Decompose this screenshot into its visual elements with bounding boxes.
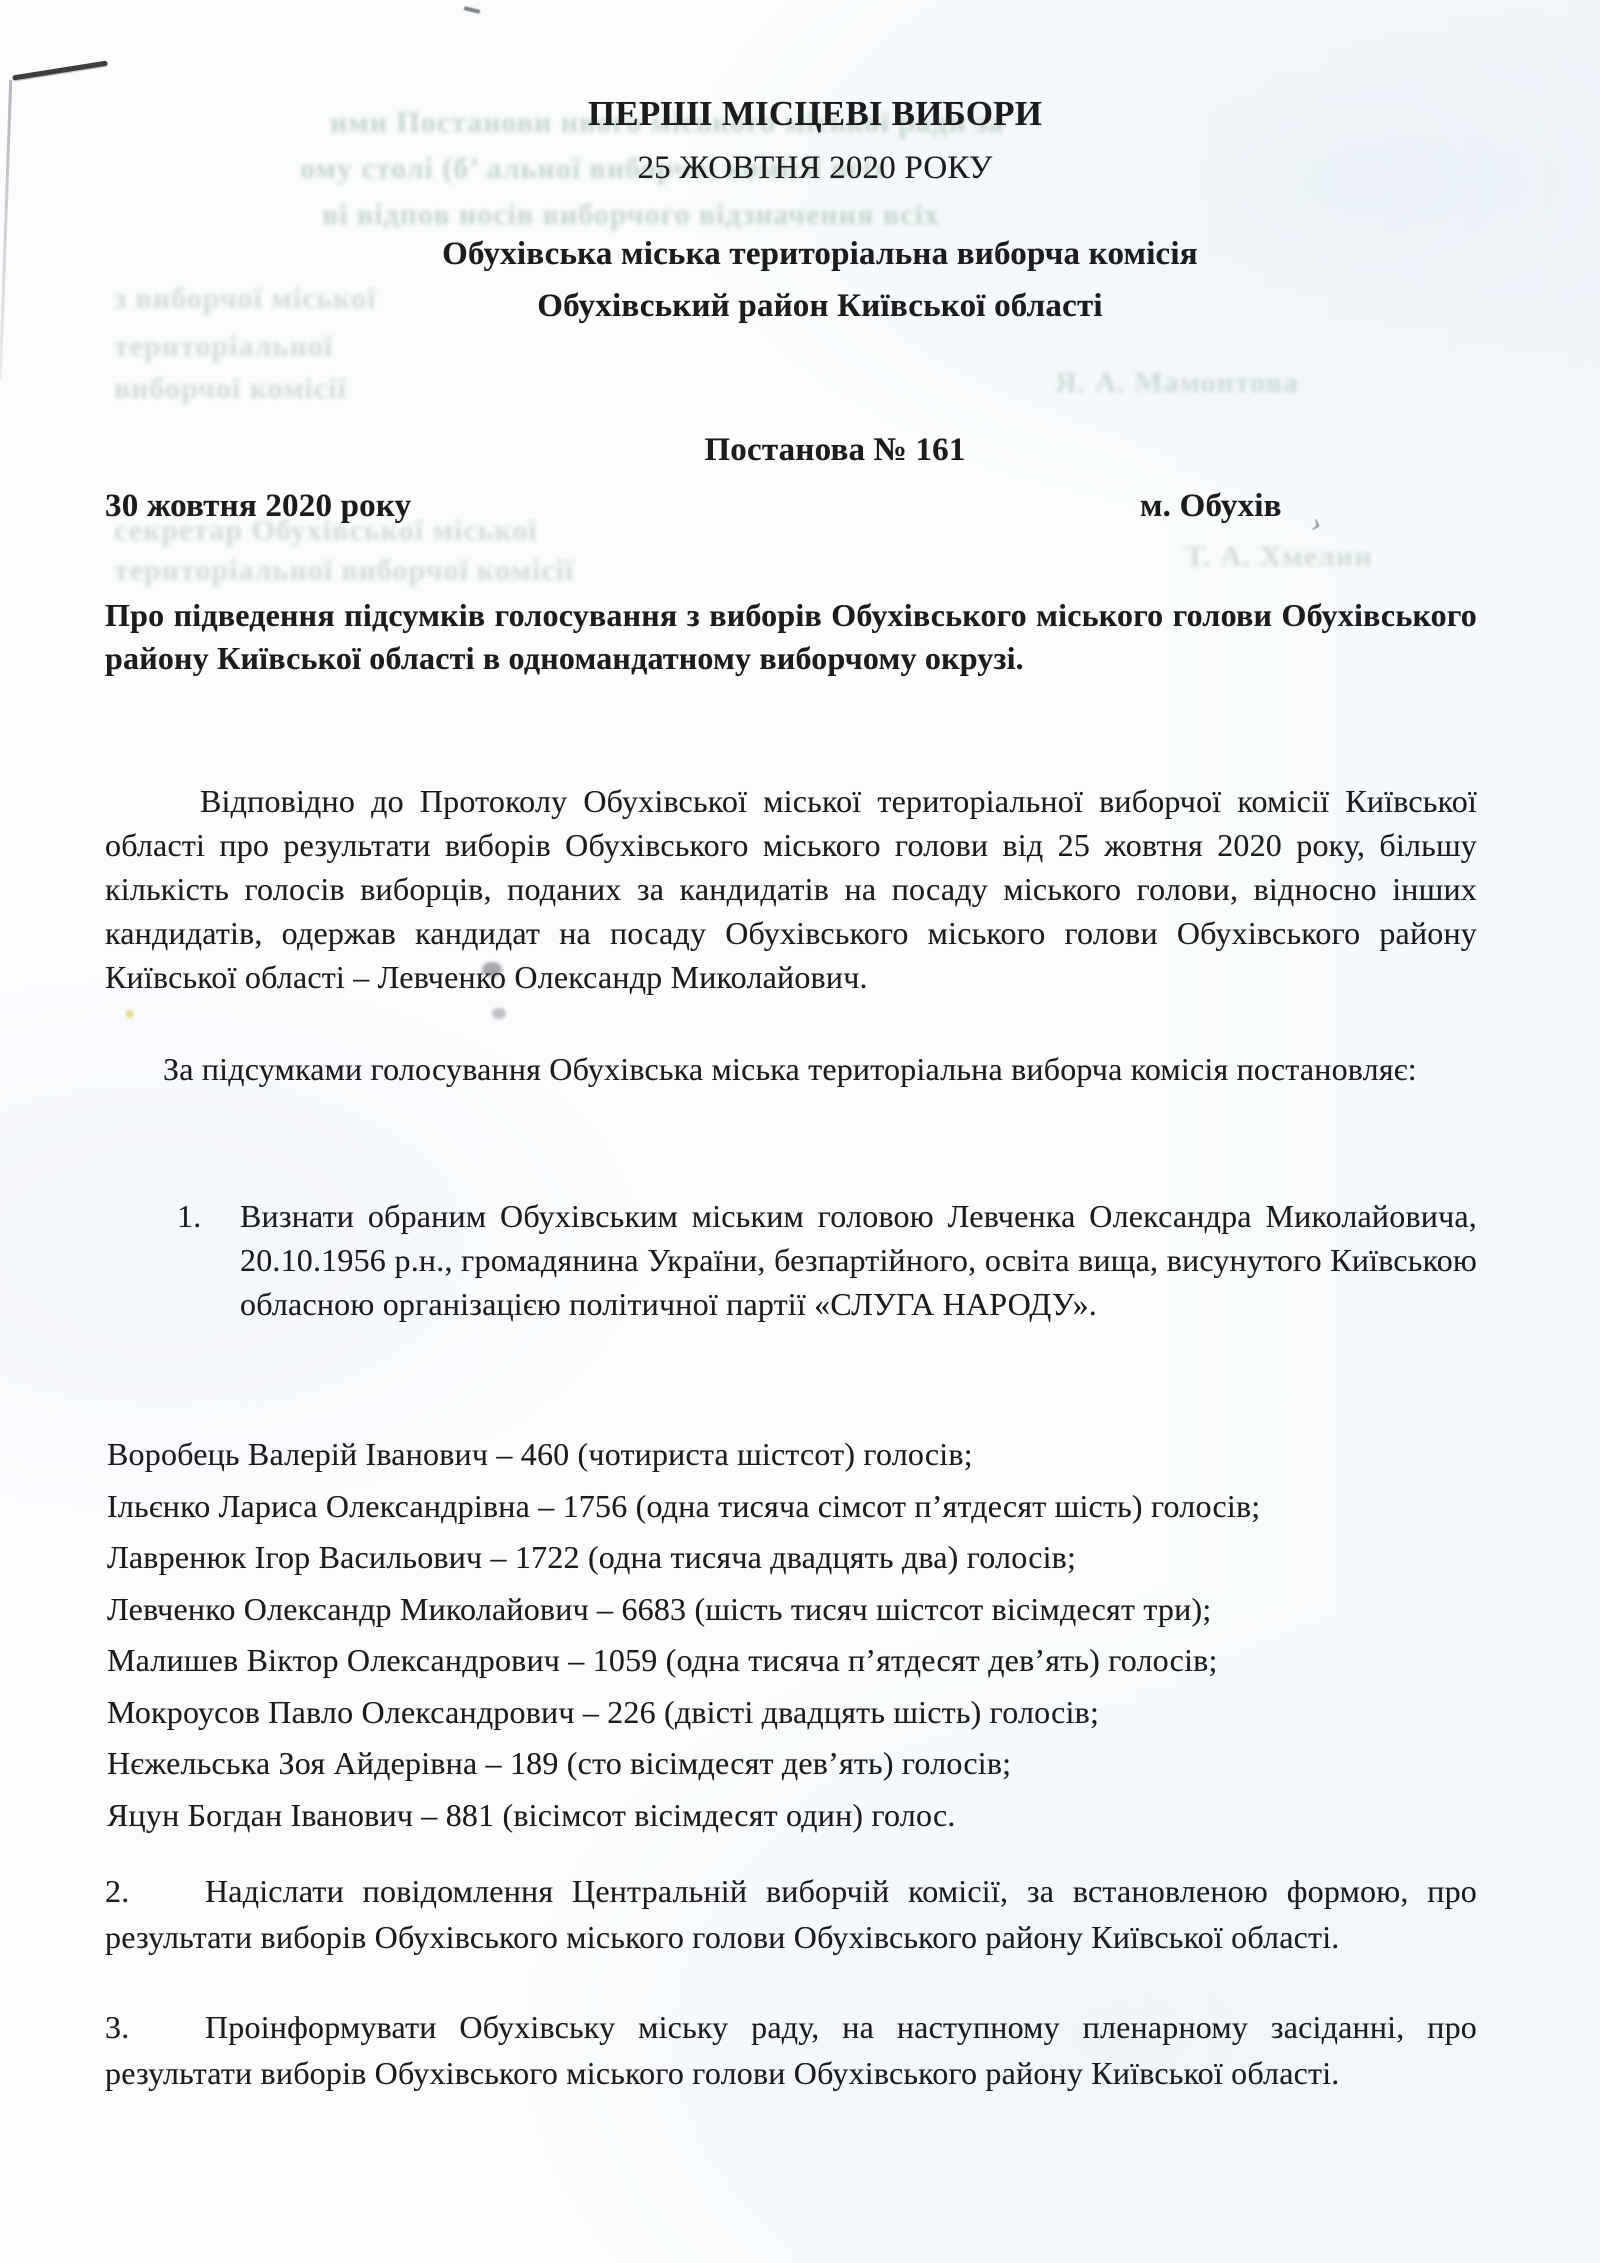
paperclip-mark [12,61,108,81]
item-1-text: Визнати обраним Обухівським міським голо… [240,1194,1477,1326]
yellow-speck [126,1010,134,1018]
commission-region: Обухівський район Київської області [105,288,1535,325]
resolution-title: Постанова № 161 [105,432,1565,469]
item-3-number: 3. [105,2005,205,2051]
result-line: Малишев Віктор Олександрович – 1059 (одн… [107,1635,1507,1687]
pen-tick-mark: › [1307,505,1327,540]
commission-name: Обухівська міська територіальна виборча … [105,236,1535,273]
ink-smudge-small [492,1008,506,1019]
result-line: Лавренюк Ігор Васильович – 1722 (одна ти… [107,1532,1507,1584]
result-line: Мокроусов Павло Олександрович – 226 (дві… [107,1687,1507,1739]
item-2: 2.Надіслати повідомлення Центральній виб… [105,1869,1477,1960]
results-list: Воробець Валерій Іванович – 460 (чотирис… [107,1429,1507,1841]
result-line: Левченко Олександр Миколайович – 6683 (ш… [107,1584,1507,1636]
scan-edge-artifact [0,80,12,380]
bleedthrough-line: територіальної виборчої комісії [114,554,694,588]
item-2-number: 2. [105,1869,205,1915]
scan-speck [464,6,480,14]
bleedthrough-signature: Т. А. Хмелин [1185,540,1465,574]
bleedthrough-line: виборчої комісії [114,372,474,406]
result-line: Нєжельська Зоя Айдерівна – 189 (сто вісі… [107,1738,1507,1790]
bleedthrough-line: територіальної [114,330,454,364]
resolves-paragraph: За підсумками голосування Обухівська міс… [105,1047,1477,1092]
bleedthrough-signature: Я. А. Мамонтова [1055,366,1425,400]
resolution-date: 30 жовтня 2020 року [105,488,411,525]
election-date: 25 ЖОВТНЯ 2020 РОКУ [105,150,1525,187]
bleedthrough-line: ві відпов носів виборчого відзначення вс… [322,198,1432,232]
resolution-subject: Про підведення підсумків голосування з в… [105,594,1477,680]
scanned-resolution-page: › ими Постанови нвого міського міської р… [0,0,1600,2263]
item-3-text: Проінформувати Обухівську міську раду, н… [105,2009,1477,2091]
result-line: Ільєнко Лариса Олександрівна – 1756 (одн… [107,1481,1507,1533]
item-3: 3.Проінформувати Обухівську міську раду,… [105,2005,1477,2096]
result-line: Яцун Богдан Іванович – 881 (вісімсот віс… [107,1790,1507,1842]
election-title: ПЕРШІ МІСЦЕВІ ВИБОРИ [105,94,1525,134]
resolution-place: м. Обухів [1140,488,1282,525]
intro-paragraph: Відповідно до Протоколу Обухівської місь… [105,779,1477,999]
item-2-text: Надіслати повідомлення Центральній вибор… [105,1873,1477,1955]
result-line: Воробець Валерій Іванович – 460 (чотирис… [107,1429,1507,1481]
item-1-number: 1. [177,1194,201,1238]
